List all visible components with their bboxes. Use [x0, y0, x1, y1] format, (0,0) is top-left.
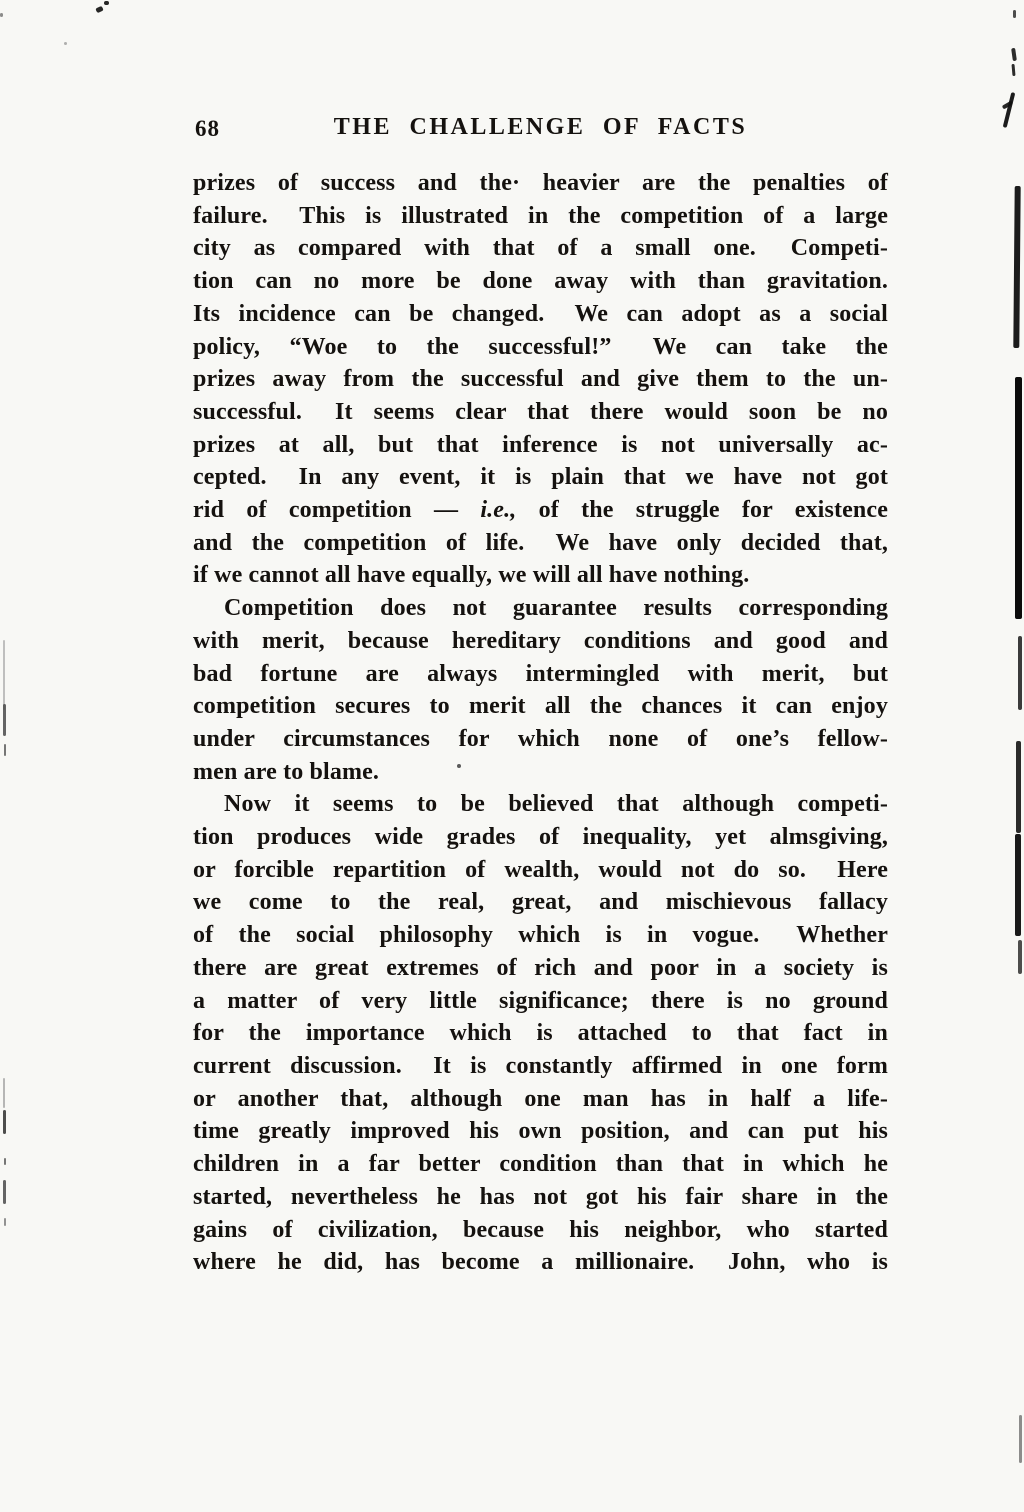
text-line: under circumstances for which none of on…	[193, 723, 888, 756]
text-segment: city as compared with that of a small on…	[193, 235, 888, 261]
text-segment: failure. This is illustrated in the comp…	[193, 203, 888, 229]
text-line: prizes of success and the· heavier are t…	[193, 167, 888, 200]
text-segment: policy, “Woe to the successful!” We can …	[193, 334, 888, 360]
text-line: tion can no more be done away with than …	[193, 265, 888, 298]
text-segment: of the struggle for existence	[516, 497, 888, 523]
text-segment: and the competition of life. We have onl…	[193, 530, 888, 556]
text-segment: prizes away from the successful and give…	[193, 366, 888, 392]
text-segment: tion produces wide grades of inequality,…	[193, 824, 888, 850]
text-segment: of the social philosophy which is in vog…	[193, 922, 888, 948]
paragraph: Competition does not guarantee results c…	[193, 592, 888, 788]
text-line: city as compared with that of a small on…	[193, 232, 888, 265]
text-segment: Competition does not guarantee results c…	[224, 595, 888, 621]
text-line: Now it seems to be believed that althoug…	[193, 788, 888, 821]
text-line: tion produces wide grades of inequality,…	[193, 821, 888, 854]
text-line: current discussion. It is constantly aff…	[193, 1050, 888, 1083]
text-line: with merit, because hereditary condition…	[193, 625, 888, 658]
text-line: men are to blame.	[193, 756, 888, 789]
text-line: cepted. In any event, it is plain that w…	[193, 461, 888, 494]
paragraph: prizes of success and the· heavier are t…	[193, 167, 888, 592]
scanned-book-page: { "page": { "number": "68", "running_hea…	[0, 0, 1024, 1512]
text-segment: Its incidence can be changed. We can ado…	[193, 301, 888, 327]
text-segment: prizes at all, but that inference is not…	[193, 432, 888, 458]
text-line: children in a far better condition than …	[193, 1148, 888, 1181]
page-header: 68 THE CHALLENGE OF FACTS	[193, 112, 888, 146]
italic-abbreviation: i.e.,	[480, 497, 516, 523]
text-line: prizes away from the successful and give…	[193, 363, 888, 396]
text-line: of the social philosophy which is in vog…	[193, 919, 888, 952]
text-segment: time greatly improved his own position, …	[193, 1118, 888, 1144]
text-line: time greatly improved his own position, …	[193, 1115, 888, 1148]
text-line: and the competition of life. We have onl…	[193, 527, 888, 560]
text-line: where he did, has become a millionaire. …	[193, 1246, 888, 1279]
text-segment: or another that, although one man has in…	[193, 1086, 888, 1112]
text-line: Its incidence can be changed. We can ado…	[193, 298, 888, 331]
text-line: bad fortune are always intermingled with…	[193, 658, 888, 691]
text-segment: rid of competition —	[193, 497, 480, 523]
text-line: there are great extremes of rich and poo…	[193, 952, 888, 985]
text-segment: cepted. In any event, it is plain that w…	[193, 464, 888, 490]
text-line: successful. It seems clear that there wo…	[193, 396, 888, 429]
paragraph: Now it seems to be believed that althoug…	[193, 788, 888, 1279]
text-segment: if we cannot all have equally, we will a…	[193, 562, 749, 588]
text-segment: children in a far better condition than …	[193, 1151, 888, 1177]
text-line: failure. This is illustrated in the comp…	[193, 200, 888, 233]
text-line: policy, “Woe to the successful!” We can …	[193, 331, 888, 364]
text-segment: prizes of success and the· heavier are t…	[193, 170, 888, 196]
text-segment: for the importance which is attached to …	[193, 1020, 888, 1046]
text-segment: gains of civilization, because his neigh…	[193, 1217, 888, 1243]
running-head: THE CHALLENGE OF FACTS	[193, 112, 888, 141]
text-segment: with merit, because hereditary condition…	[193, 628, 888, 654]
text-segment: started, nevertheless he has not got his…	[193, 1184, 888, 1210]
text-line: or another that, although one man has in…	[193, 1083, 888, 1116]
text-segment: under circumstances for which none of on…	[193, 726, 888, 752]
text-line: started, nevertheless he has not got his…	[193, 1181, 888, 1214]
text-segment: successful. It seems clear that there wo…	[193, 399, 888, 425]
text-segment: bad fortune are always intermingled with…	[193, 661, 888, 687]
text-line: competition secures to merit all the cha…	[193, 690, 888, 723]
text-segment: we come to the real, great, and mischiev…	[193, 889, 888, 915]
page-number: 68	[195, 116, 220, 142]
text-segment: or forcible repartition of wealth, would…	[193, 857, 888, 883]
text-line: prizes at all, but that inference is not…	[193, 429, 888, 462]
text-line: a matter of very little significance; th…	[193, 985, 888, 1018]
text-line: or forcible repartition of wealth, would…	[193, 854, 888, 887]
text-segment: competition secures to merit all the cha…	[193, 693, 888, 719]
text-line: we come to the real, great, and mischiev…	[193, 886, 888, 919]
text-line: Competition does not guarantee results c…	[193, 592, 888, 625]
text-segment: a matter of very little significance; th…	[193, 988, 888, 1014]
text-line: rid of competition — i.e., of the strugg…	[193, 494, 888, 527]
text-segment: Now it seems to be believed that althoug…	[224, 791, 888, 817]
text-segment: current discussion. It is constantly aff…	[193, 1053, 888, 1079]
text-segment: where he did, has become a millionaire. …	[193, 1249, 888, 1275]
body-text-column: prizes of success and the· heavier are t…	[193, 167, 888, 1279]
text-line: for the importance which is attached to …	[193, 1017, 888, 1050]
text-segment: men are to blame.	[193, 759, 379, 785]
text-segment: tion can no more be done away with than …	[193, 268, 888, 294]
text-segment: there are great extremes of rich and poo…	[193, 955, 888, 981]
text-line: gains of civilization, because his neigh…	[193, 1214, 888, 1247]
text-line: if we cannot all have equally, we will a…	[193, 559, 888, 592]
